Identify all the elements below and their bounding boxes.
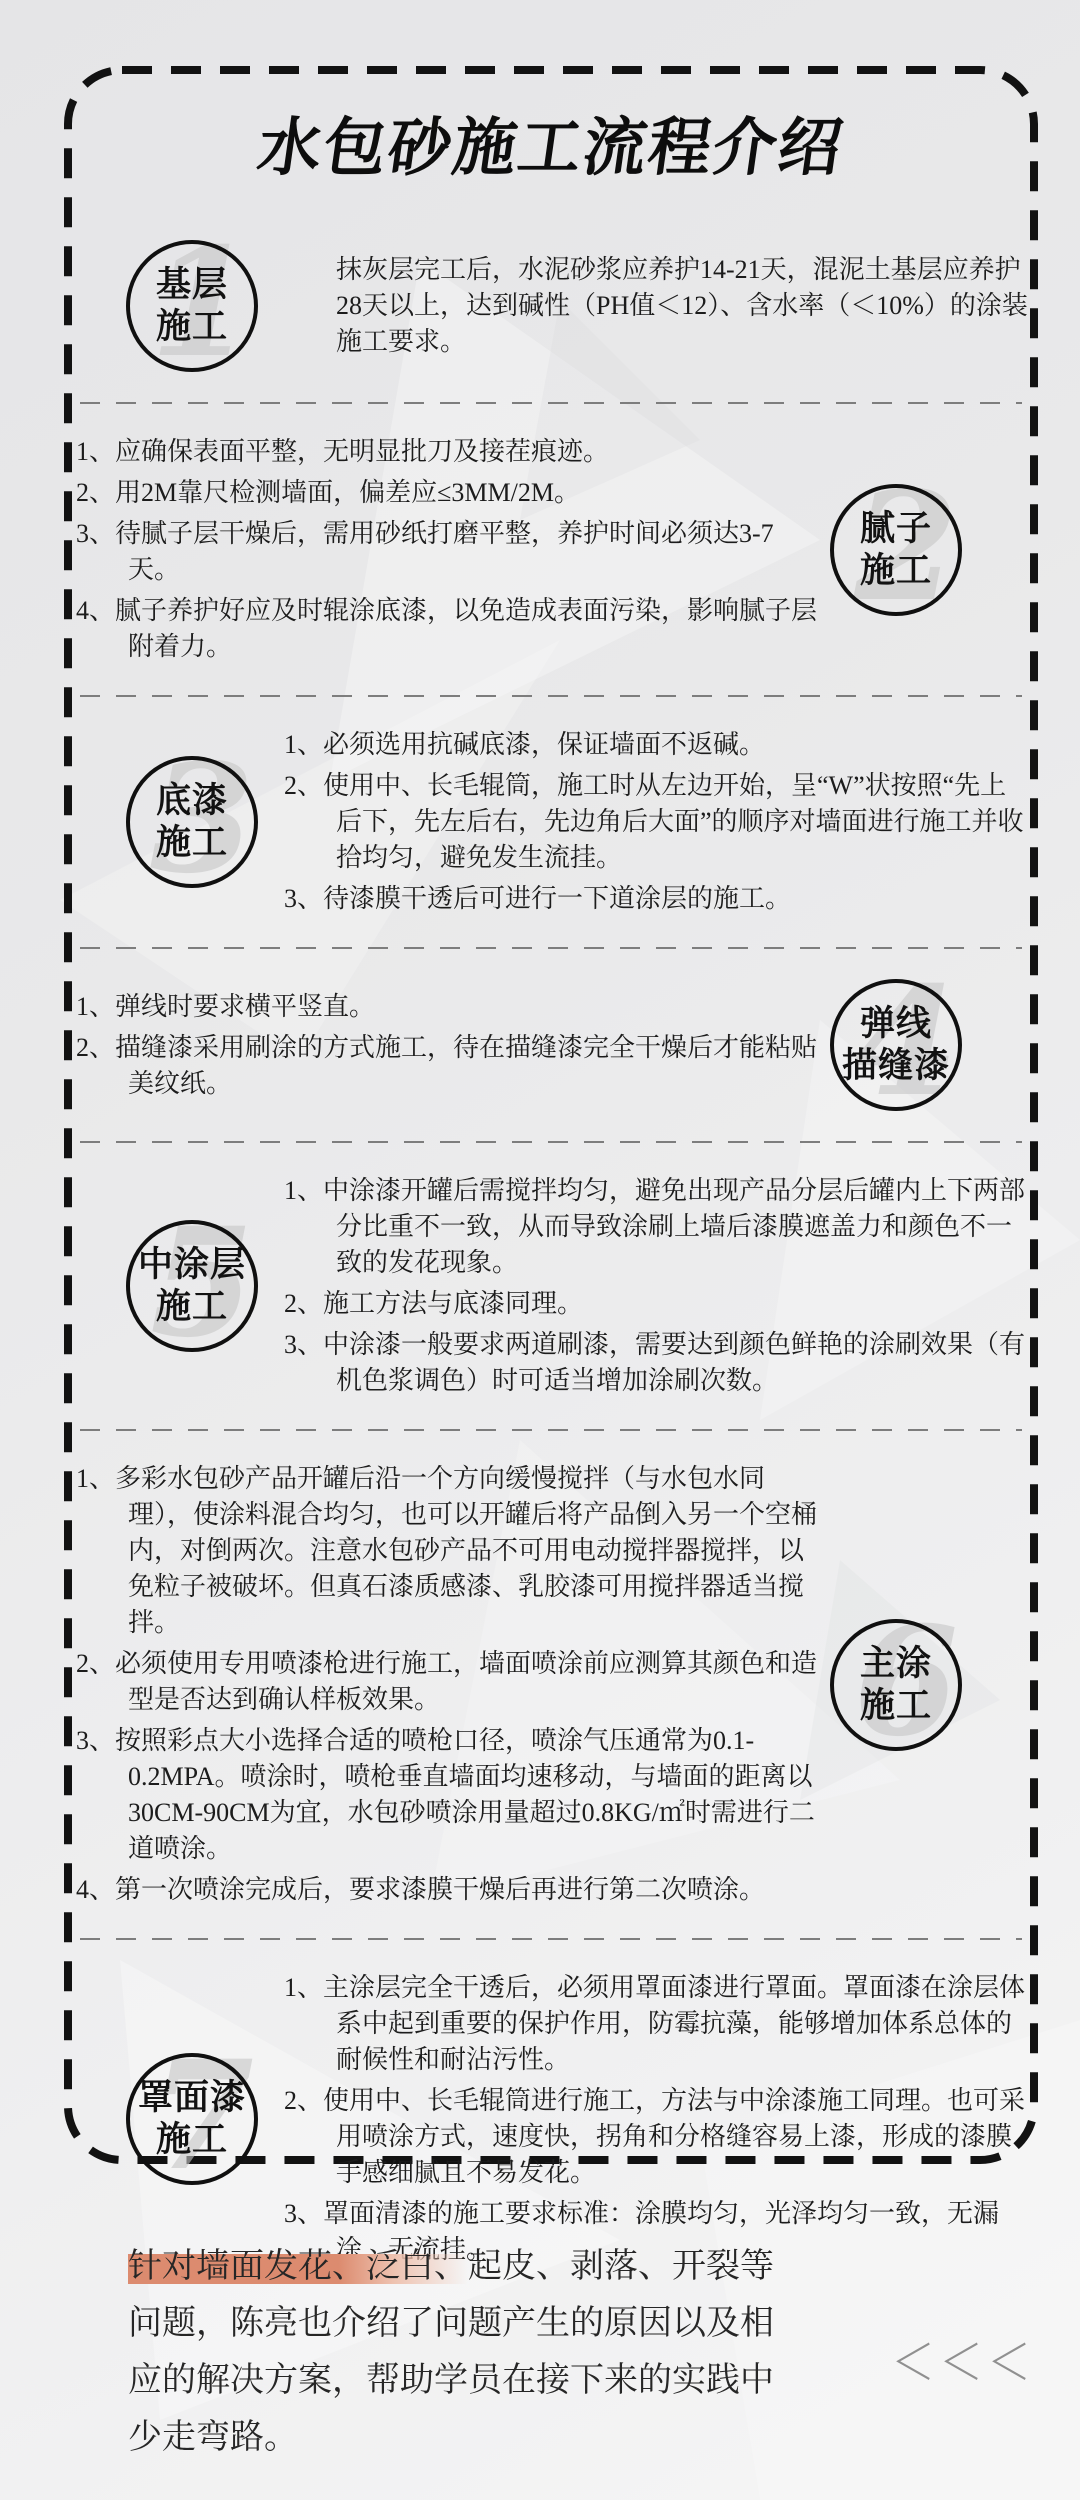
chevrons-icon: ＜＜＜ bbox=[891, 2322, 1035, 2394]
dashed-separator bbox=[80, 1141, 1022, 1143]
step-content: 抹灰层完工后，水泥砂浆应养护14-21天，混泥土基层应养护28天以上，达到碱性（… bbox=[284, 252, 1038, 360]
step-item-text: 2、描缝漆采用刷涂的方式施工，待在描缝漆完全干燥后才能粘贴美纹纸。 bbox=[76, 1030, 818, 1102]
dashed-separator bbox=[80, 1429, 1022, 1431]
step-badge-label: 施工 bbox=[156, 1286, 228, 1328]
step-content: 1、多彩水包砂产品开罐后沿一个方向缓慢搅拌（与水包水同理），使涂料混合均匀，也可… bbox=[64, 1461, 822, 1908]
step-content: 1、主涂层完全干透后，必须用罩面漆进行罩面。罩面漆在涂层体系中起到重要的保护作用… bbox=[284, 1970, 1038, 2268]
step-content: 1、弹线时要求横平竖直。2、描缝漆采用刷涂的方式施工，待在描缝漆完全干燥后才能粘… bbox=[64, 989, 822, 1102]
step-badge-circle: 罩面漆施工 bbox=[126, 2053, 258, 2185]
process-step-row: 7罩面漆施工1、主涂层完全干透后，必须用罩面漆进行罩面。罩面漆在涂层体系中起到重… bbox=[64, 1970, 1038, 2268]
process-step-row: 6主涂施工1、多彩水包砂产品开罐后沿一个方向缓慢搅拌（与水包水同理），使涂料混合… bbox=[64, 1461, 1038, 1908]
step-badge: 1基层施工 bbox=[126, 240, 258, 372]
step-badge-circle: 中涂层施工 bbox=[126, 1220, 258, 1352]
step-content: 1、中涂漆开罐后需搅拌均匀，避免出现产品分层后罐内上下两部分比重不一致，从而导致… bbox=[284, 1173, 1038, 1399]
step-badge-circle: 基层施工 bbox=[126, 240, 258, 372]
step-item-text: 4、腻子养护好应及时辊涂底漆，以免造成表面污染，影响腻子层附着力。 bbox=[76, 593, 818, 665]
step-item-text: 3、待腻子层干燥后，需用砂纸打磨平整，养护时间必须达3-7天。 bbox=[76, 516, 818, 588]
step-badge-label: 底漆 bbox=[156, 780, 228, 822]
process-step-row: 2腻子施工1、应确保表面平整，无明显批刀及接茬痕迹。2、用2M靠尺检测墙面，偏差… bbox=[64, 434, 1038, 665]
step-item-text: 3、中涂漆一般要求两道刷漆，需要达到颜色鲜艳的涂刷效果（有机色浆调色）时可适当增… bbox=[284, 1327, 1028, 1399]
step-content: 1、必须选用抗碱底漆，保证墙面不返碱。2、使用中、长毛辊筒，施工时从左边开始，呈… bbox=[284, 727, 1038, 917]
step-badge-label: 罩面漆 bbox=[138, 2077, 246, 2119]
process-steps-list: 1基层施工抹灰层完工后，水泥砂浆应养护14-21天，混泥土基层应养护28天以上，… bbox=[64, 240, 1038, 2268]
process-step-row: 5中涂层施工1、中涂漆开罐后需搅拌均匀，避免出现产品分层后罐内上下两部分比重不一… bbox=[64, 1173, 1038, 1399]
footer-highlight-text: 针对墙面发花、泛白、 bbox=[128, 2248, 468, 2285]
step-badge-label: 施工 bbox=[156, 306, 228, 348]
step-badge-circle: 主涂施工 bbox=[830, 1619, 962, 1751]
footer-paragraph: 针对墙面发花、泛白、起皮、剥落、开裂等问题，陈亮也介绍了问题产生的原因以及相应的… bbox=[128, 2238, 788, 2466]
step-badge-label: 基层 bbox=[156, 264, 228, 306]
dashed-separator bbox=[80, 947, 1022, 949]
dashed-separator bbox=[80, 695, 1022, 697]
step-item-text: 1、弹线时要求横平竖直。 bbox=[76, 989, 818, 1025]
step-badge-label: 主涂 bbox=[860, 1643, 932, 1685]
step-item-text: 1、主涂层完全干透后，必须用罩面漆进行罩面。罩面漆在涂层体系中起到重要的保护作用… bbox=[284, 1970, 1028, 2078]
step-item-text: 1、多彩水包砂产品开罐后沿一个方向缓慢搅拌（与水包水同理），使涂料混合均匀，也可… bbox=[76, 1461, 818, 1641]
step-badge: 4弹线描缝漆 bbox=[830, 979, 962, 1111]
step-badge-circle: 弹线描缝漆 bbox=[830, 979, 962, 1111]
step-badge-label: 描缝漆 bbox=[842, 1045, 950, 1087]
step-badge: 2腻子施工 bbox=[830, 484, 962, 616]
dashed-separator bbox=[80, 1938, 1022, 1940]
step-badge: 6主涂施工 bbox=[830, 1619, 962, 1751]
step-badge: 3底漆施工 bbox=[126, 756, 258, 888]
step-badge-circle: 腻子施工 bbox=[830, 484, 962, 616]
step-badge-label: 中涂层 bbox=[138, 1244, 246, 1286]
process-step-row: 3底漆施工1、必须选用抗碱底漆，保证墙面不返碱。2、使用中、长毛辊筒，施工时从左… bbox=[64, 727, 1038, 917]
step-item-text: 1、中涂漆开罐后需搅拌均匀，避免出现产品分层后罐内上下两部分比重不一致，从而导致… bbox=[284, 1173, 1028, 1281]
step-badge-label: 施工 bbox=[156, 822, 228, 864]
step-badge-label: 弹线 bbox=[860, 1003, 932, 1045]
step-badge-label: 施工 bbox=[860, 1685, 932, 1727]
step-badge-label: 施工 bbox=[156, 2119, 228, 2161]
step-item-text: 1、必须选用抗碱底漆，保证墙面不返碱。 bbox=[284, 727, 1028, 763]
step-badge-label: 腻子 bbox=[860, 508, 932, 550]
step-item-text: 4、第一次喷涂完成后，要求漆膜干燥后再进行第二次喷涂。 bbox=[76, 1872, 818, 1908]
poster-title: 水包砂施工流程介绍 bbox=[58, 108, 1043, 188]
step-badge: 7罩面漆施工 bbox=[126, 2053, 258, 2185]
step-item-text: 2、使用中、长毛辊筒，施工时从左边开始，呈“W”状按照“先上后下，先左后右，先边… bbox=[284, 768, 1028, 876]
dashed-separator bbox=[80, 402, 1022, 404]
process-step-row: 4弹线描缝漆1、弹线时要求横平竖直。2、描缝漆采用刷涂的方式施工，待在描缝漆完全… bbox=[64, 979, 1038, 1111]
process-step-row: 1基层施工抹灰层完工后，水泥砂浆应养护14-21天，混泥土基层应养护28天以上，… bbox=[64, 240, 1038, 372]
step-item-text: 2、施工方法与底漆同理。 bbox=[284, 1286, 1028, 1322]
step-item-text: 3、待漆膜干透后可进行一下道涂层的施工。 bbox=[284, 881, 1028, 917]
step-item-text: 抹灰层完工后，水泥砂浆应养护14-21天，混泥土基层应养护28天以上，达到碱性（… bbox=[284, 252, 1028, 360]
step-item-text: 2、用2M靠尺检测墙面，偏差应≤3MM/2M。 bbox=[76, 475, 818, 511]
step-item-text: 3、按照彩点大小选择合适的喷枪口径，喷涂气压通常为0.1-0.2MPA。喷涂时，… bbox=[76, 1723, 818, 1867]
step-item-text: 2、使用中、长毛辊筒进行施工，方法与中涂漆施工同理。也可采用喷涂方式，速度快，拐… bbox=[284, 2083, 1028, 2191]
step-content: 1、应确保表面平整，无明显批刀及接茬痕迹。2、用2M靠尺检测墙面，偏差应≤3MM… bbox=[64, 434, 822, 665]
step-item-text: 1、应确保表面平整，无明显批刀及接茬痕迹。 bbox=[76, 434, 818, 470]
step-badge-circle: 底漆施工 bbox=[126, 756, 258, 888]
step-badge-label: 施工 bbox=[860, 550, 932, 592]
step-badge: 5中涂层施工 bbox=[126, 1220, 258, 1352]
step-item-text: 2、必须使用专用喷漆枪进行施工，墙面喷涂前应测算其颜色和造型是否达到确认样板效果… bbox=[76, 1646, 818, 1718]
process-frame: 水包砂施工流程介绍 1基层施工抹灰层完工后，水泥砂浆应养护14-21天，混泥土基… bbox=[64, 66, 1038, 2164]
